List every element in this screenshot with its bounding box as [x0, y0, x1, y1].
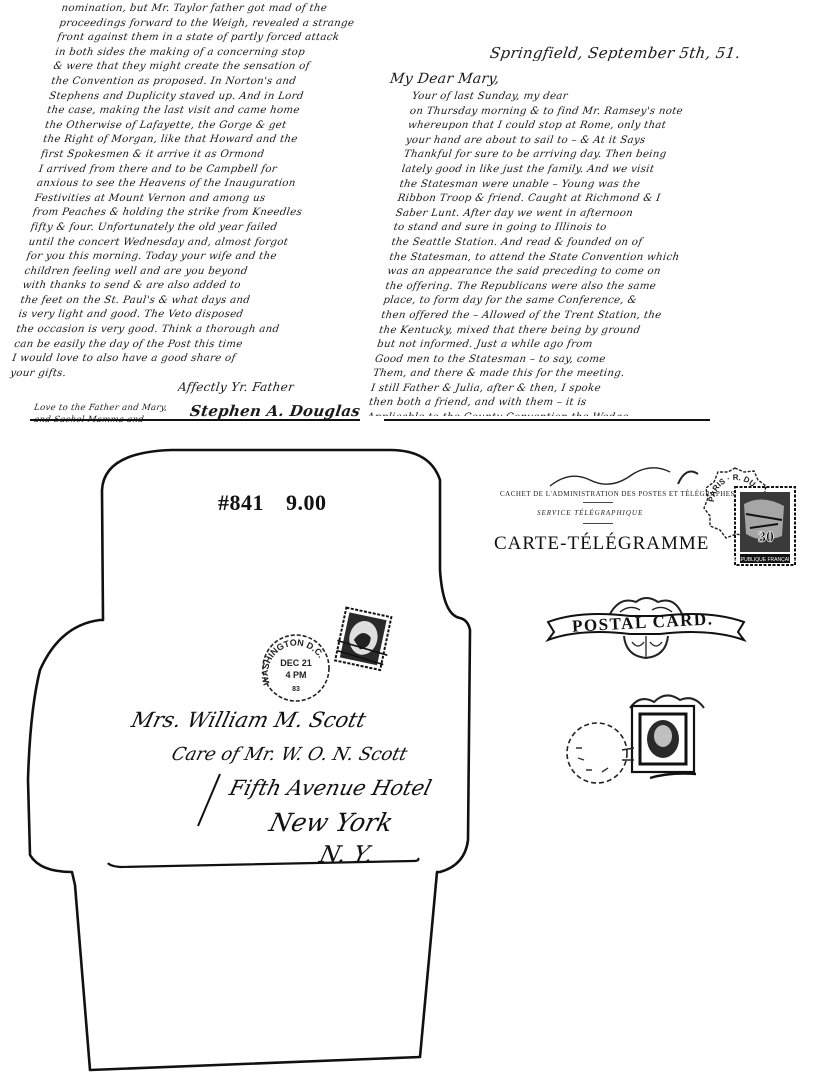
left-letter-line: front against them in a state of partly …: [56, 31, 388, 46]
svg-text:83: 83: [292, 686, 300, 693]
right-letter-line: Your of last Sunday, my dear: [411, 90, 743, 105]
left-letter-closing: Affectly Yr. Father: [177, 380, 295, 395]
right-letter-line: Ribbon Troop & friend. Caught at Richmon…: [397, 192, 729, 207]
right-letter-line: I still Father & Julia, after & then, I …: [370, 382, 702, 397]
left-letter-line: is very light and good. The Veto dispose…: [17, 308, 349, 323]
left-letter-line: I would love to also have a good share o…: [11, 352, 343, 367]
item-code-label: #8419.00: [218, 490, 349, 516]
left-letter-signature: Stephen A. Douglas: [189, 404, 361, 419]
left-letter-line: proceedings forward to the Weigh, reveal…: [58, 17, 390, 32]
svg-text:DEC 21: DEC 21: [280, 658, 312, 668]
left-letter-line: the Convention as proposed. In Norton's …: [50, 75, 382, 90]
right-letter-line: Applicable to the County Convention the …: [367, 411, 698, 416]
carte-flourish: [540, 462, 710, 492]
carte-divider: [583, 502, 613, 503]
right-letter-line: your hand are about to sail to – & At it…: [405, 134, 737, 149]
left-letter-line: the occasion is very good. Think a thoro…: [15, 323, 347, 338]
left-letter-line: the feet on the St. Paul's & what days a…: [19, 294, 351, 309]
left-letter-line: fifty & four. Unfortunately the old year…: [30, 221, 362, 236]
address-line-1: Mrs. William M. Scott: [129, 708, 368, 732]
left-letter-line: the Right of Morgan, like that Howard an…: [42, 133, 374, 148]
left-letter-line: Festivities at Mount Vernon and among us: [34, 192, 366, 207]
left-letter-line: I arrived from there and to be Campbell …: [38, 163, 370, 178]
left-letter-line: the Otherwise of Lafayette, the Gorge & …: [44, 119, 376, 134]
envelope-stamp-icon: [334, 606, 394, 674]
carte-divider-2: [583, 523, 613, 524]
right-letter-line: was an appearance the said preceding to …: [386, 265, 718, 280]
right-letter-line: to stand and sure in going to Illinois t…: [392, 221, 724, 236]
svg-text:30: 30: [758, 529, 774, 546]
address-line-5: N. Y.: [317, 842, 376, 868]
left-letter-line: anxious to see the Heavens of the Inaugu…: [36, 177, 368, 192]
left-letter-line: until the concert Wednesday and, almost …: [28, 236, 360, 251]
left-letter-line: children feeling well and are you beyond: [23, 265, 355, 280]
right-letter-rule: [384, 419, 710, 421]
carte-service-line: SERVICE TÉLÉGRAPHIQUE: [537, 509, 643, 517]
french-stamp-icon: 30 RÉPUBLIQUE FRANÇAISE: [732, 484, 798, 568]
right-letter-line: lately good in like just the family. And…: [401, 163, 733, 178]
right-letter-line: whereupon that I could stop at Rome, onl…: [407, 119, 739, 134]
right-letter-salutation: My Dear Mary,: [389, 72, 501, 87]
address-line-4: New York: [266, 808, 396, 837]
svg-text:4 PM: 4 PM: [285, 670, 306, 680]
left-letter-line: can be easily the day of the Post this t…: [13, 338, 345, 353]
left-letter-line: from Peaches & holding the strike from K…: [32, 206, 364, 221]
left-letter-rule: [30, 419, 360, 421]
right-letter-line: the Kentucky, mixed that there being by …: [378, 324, 710, 339]
left-letter-line: in both sides the making of a concerning…: [54, 46, 386, 61]
right-letter-line: the Seattle Station. And read & founded …: [390, 236, 722, 251]
svg-text:RÉPUBLIQUE FRANÇAISE: RÉPUBLIQUE FRANÇAISE: [734, 556, 797, 563]
right-letter-line: Good men to the Statesman – to say, come: [374, 353, 706, 368]
left-letter-line: with thanks to send & are also added to: [21, 279, 353, 294]
right-letter-line: Them, and there & made this for the meet…: [372, 367, 704, 382]
left-letter-line: Stephens and Duplicity staved up. And in…: [48, 90, 380, 105]
right-letter-line: Thankful for sure to be arriving day. Th…: [403, 148, 735, 163]
right-letter-dateline: Springfield, September 5th, 51.: [489, 46, 742, 61]
washington-postmark: WASHINGTON D.C. DEC 21 4 PM 83: [256, 628, 336, 708]
right-letter-line: then both a friend, and with them – it i…: [368, 396, 700, 411]
left-letter-line: for you this morning. Today your wife an…: [25, 250, 357, 265]
right-letter-line: the offering. The Republicans were also …: [384, 280, 716, 295]
right-letter-line: place, to form day for the same Conferen…: [382, 294, 714, 309]
left-letter-line: first Spokesmen & it arrive it as Ormond: [40, 148, 372, 163]
left-letter-page: nomination, but Mr. Taylor father got ma…: [6, 2, 393, 406]
right-letter-line: the Statesman were unable – Young was th…: [399, 178, 731, 193]
right-letter-line: the Statesman, to attend the State Conve…: [388, 251, 720, 266]
address-line-2: Care of Mr. W. O. N. Scott: [169, 744, 409, 765]
left-letter-line: & were that they might create the sensat…: [52, 60, 384, 75]
right-letter-page: Your of last Sunday, my dearon Thursday …: [367, 90, 743, 416]
loose-stamp-icon: [620, 690, 710, 786]
right-letter-line: then offered the – Allowed of the Trent …: [380, 309, 712, 324]
item-number: #841: [218, 490, 264, 515]
carte-telegramme-title: CARTE-TÉLÉGRAMME: [494, 533, 709, 555]
left-letter-line: the case, making the last visit and came…: [46, 104, 378, 119]
right-letter-line: on Thursday morning & to find Mr. Ramsey…: [409, 105, 741, 120]
item-price: 9.00: [286, 490, 327, 515]
address-flourish: [190, 770, 230, 830]
left-letter-line: nomination, but Mr. Taylor father got ma…: [60, 2, 392, 17]
address-line-3: Fifth Avenue Hotel: [227, 776, 434, 800]
right-letter-line: but not informed. Just a while ago from: [376, 338, 708, 353]
right-letter-line: Saber Lunt. After day we went in afterno…: [394, 207, 726, 222]
